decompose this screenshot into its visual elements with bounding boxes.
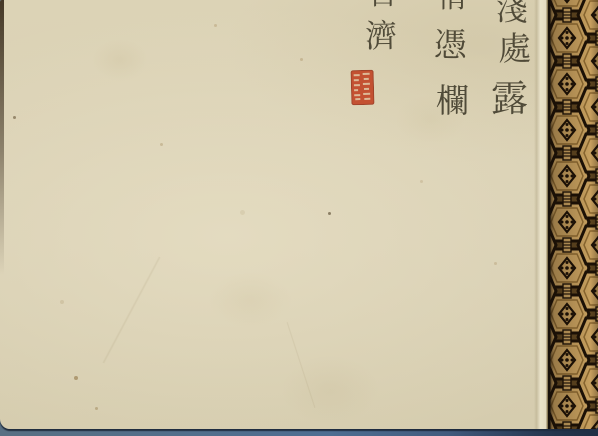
calligraphy-char: 欄 — [436, 84, 469, 117]
paper-stain — [95, 407, 98, 410]
signature-char: 石 — [366, 0, 396, 10]
paper-stain — [420, 180, 423, 183]
calligraphy-char: 淺 — [496, 0, 529, 25]
sheet-left-edge — [0, 0, 4, 275]
background-shadow — [448, 429, 598, 436]
paper-stain — [240, 210, 245, 215]
paper-stain — [214, 24, 217, 27]
paper-stain — [494, 262, 497, 265]
paper-stain — [328, 212, 331, 215]
signature-char: 濟 — [365, 20, 398, 53]
paper-stain — [300, 58, 303, 61]
paper-edge-strip — [534, 0, 548, 429]
paper-stain — [74, 376, 78, 380]
paper-stain — [60, 300, 64, 304]
paper-stain — [160, 143, 163, 146]
painting-sheet: 淺 處 露 情 憑 欄 石 濟 — [0, 0, 598, 429]
calligraphy-char: 處 — [498, 32, 532, 66]
calligraphy-char: 情 — [437, 0, 467, 13]
calligraphy-char: 露 — [491, 80, 528, 117]
paper-crease — [102, 256, 161, 363]
photo-background: 淺 處 露 情 憑 欄 石 濟 — [0, 0, 598, 436]
paper-crease — [286, 322, 316, 408]
brocade-border — [548, 0, 598, 429]
calligraphy-char: 憑 — [434, 28, 468, 62]
artist-seal — [351, 70, 375, 106]
paper-stain — [13, 116, 16, 119]
